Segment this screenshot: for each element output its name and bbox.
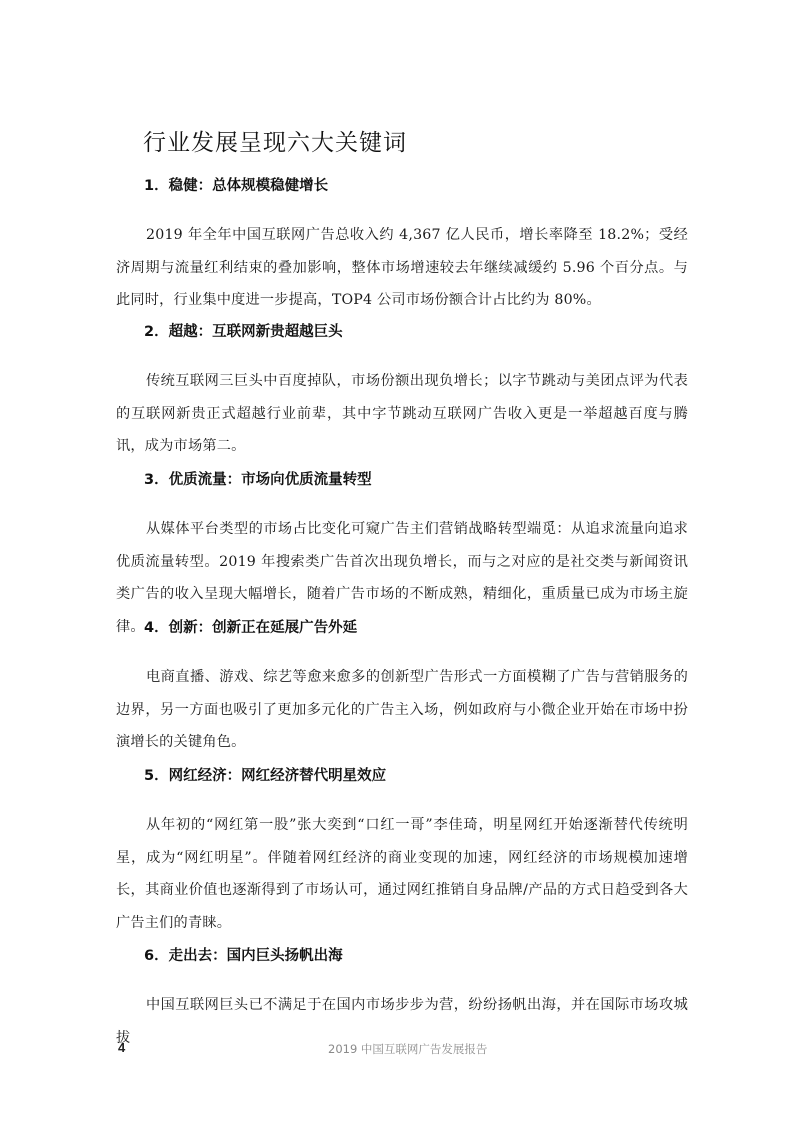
document-page: 行业发展呈现六大关键词 1．稳健：总体规模稳健增长 2019 年全年中国互联网广… (0, 0, 800, 1131)
section-surpass: 2．超越：互联网新贵超越巨头 传统互联网三巨头中百度掉队，市场份额出现负增长；以… (116, 322, 688, 463)
section-stability: 1．稳健：总体规模稳健增长 2019 年全年中国互联网广告总收入约 4,367 … (116, 176, 688, 317)
section-influencer-economy: 5．网红经济：网红经济替代明星效应 从年初的“网红第一股”张大奕到“口红一哥”李… (116, 766, 688, 939)
section-body: 传统互联网三巨头中百度掉队，市场份额出现负增长；以字节跳动与美团点评为代表的互联… (116, 365, 688, 463)
section-innovation: 4．创新：创新正在延展广告外延 电商直播、游戏、综艺等愈来愈多的创新型广告形式一… (116, 618, 688, 759)
footer-report-title: 2019 中国互联网广告发展报告 (328, 1041, 487, 1057)
section-body: 从年初的“网红第一股”张大奕到“口红一哥”李佳琦，明星网红开始逐渐替代传统明星，… (116, 809, 688, 939)
section-body: 2019 年全年中国互联网广告总收入约 4,367 亿人民币，增长率降至 18.… (116, 219, 688, 317)
section-heading: 4．创新：创新正在延展广告外延 (116, 618, 688, 638)
page-title: 行业发展呈现六大关键词 (143, 124, 407, 157)
section-heading: 3．优质流量：市场向优质流量转型 (116, 470, 688, 490)
section-heading: 1．稳健：总体规模稳健增长 (116, 176, 688, 196)
section-heading: 5．网红经济：网红经济替代明星效应 (116, 766, 688, 786)
section-body: 电商直播、游戏、综艺等愈来愈多的创新型广告形式一方面模糊了广告与营销服务的边界，… (116, 661, 688, 759)
section-heading: 6．走出去：国内巨头扬帆出海 (116, 946, 688, 966)
section-going-global: 6．走出去：国内巨头扬帆出海 中国互联网巨头已不满足于在国内市场步步为营，纷纷扬… (116, 946, 688, 1054)
page-number: 4 (118, 1040, 125, 1055)
section-heading: 2．超越：互联网新贵超越巨头 (116, 322, 688, 342)
